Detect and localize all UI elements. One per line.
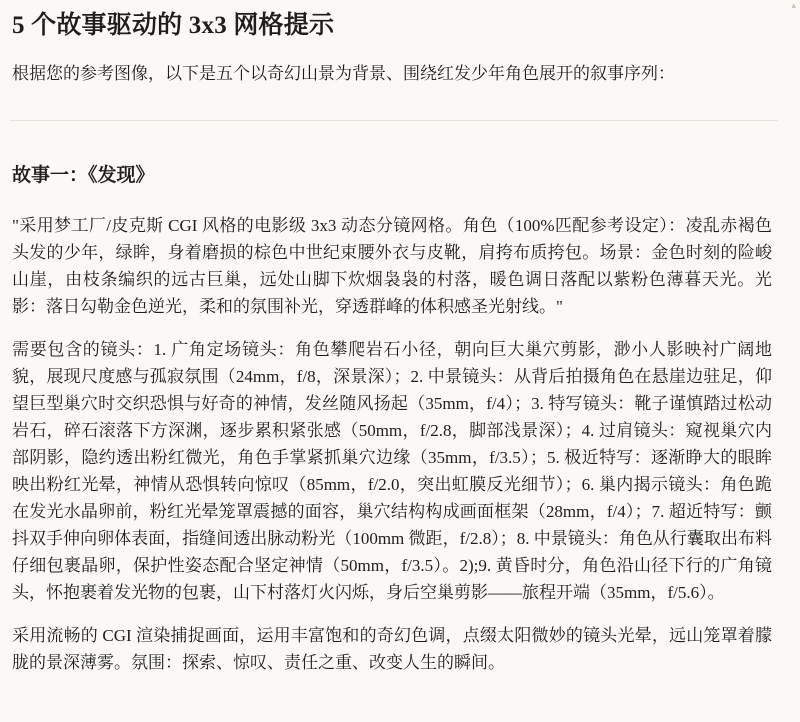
scroll-up-indicator-icon[interactable]: ▴ <box>791 2 796 11</box>
story-shots-paragraph: 需要包含的镜头：1. 广角定场镜头：角色攀爬岩石小径，朝向巨大巢穴剪影，渺小人影… <box>12 336 772 606</box>
story-style-paragraph: 采用流畅的 CGI 渲染捕捉画面，运用丰富饱和的奇幻色调，点缀太阳微妙的镜头光晕… <box>12 622 772 676</box>
story-one-heading: 故事一：《发现》 <box>12 164 772 188</box>
page-title: 5 个故事驱动的 3x3 网格提示 <box>12 0 772 41</box>
intro-text: 根据您的参考图像，以下是五个以奇幻山景为背景、围绕红发少年角色展开的叙事序列： <box>12 60 772 87</box>
chat-response-document: ▴ 5 个故事驱动的 3x3 网格提示 根据您的参考图像，以下是五个以奇幻山景为… <box>0 0 800 722</box>
story-prompt-paragraph: "采用梦工厂/皮克斯 CGI 风格的电影级 3x3 动态分镜网格。角色（100%… <box>12 212 772 320</box>
section-divider <box>10 120 778 121</box>
